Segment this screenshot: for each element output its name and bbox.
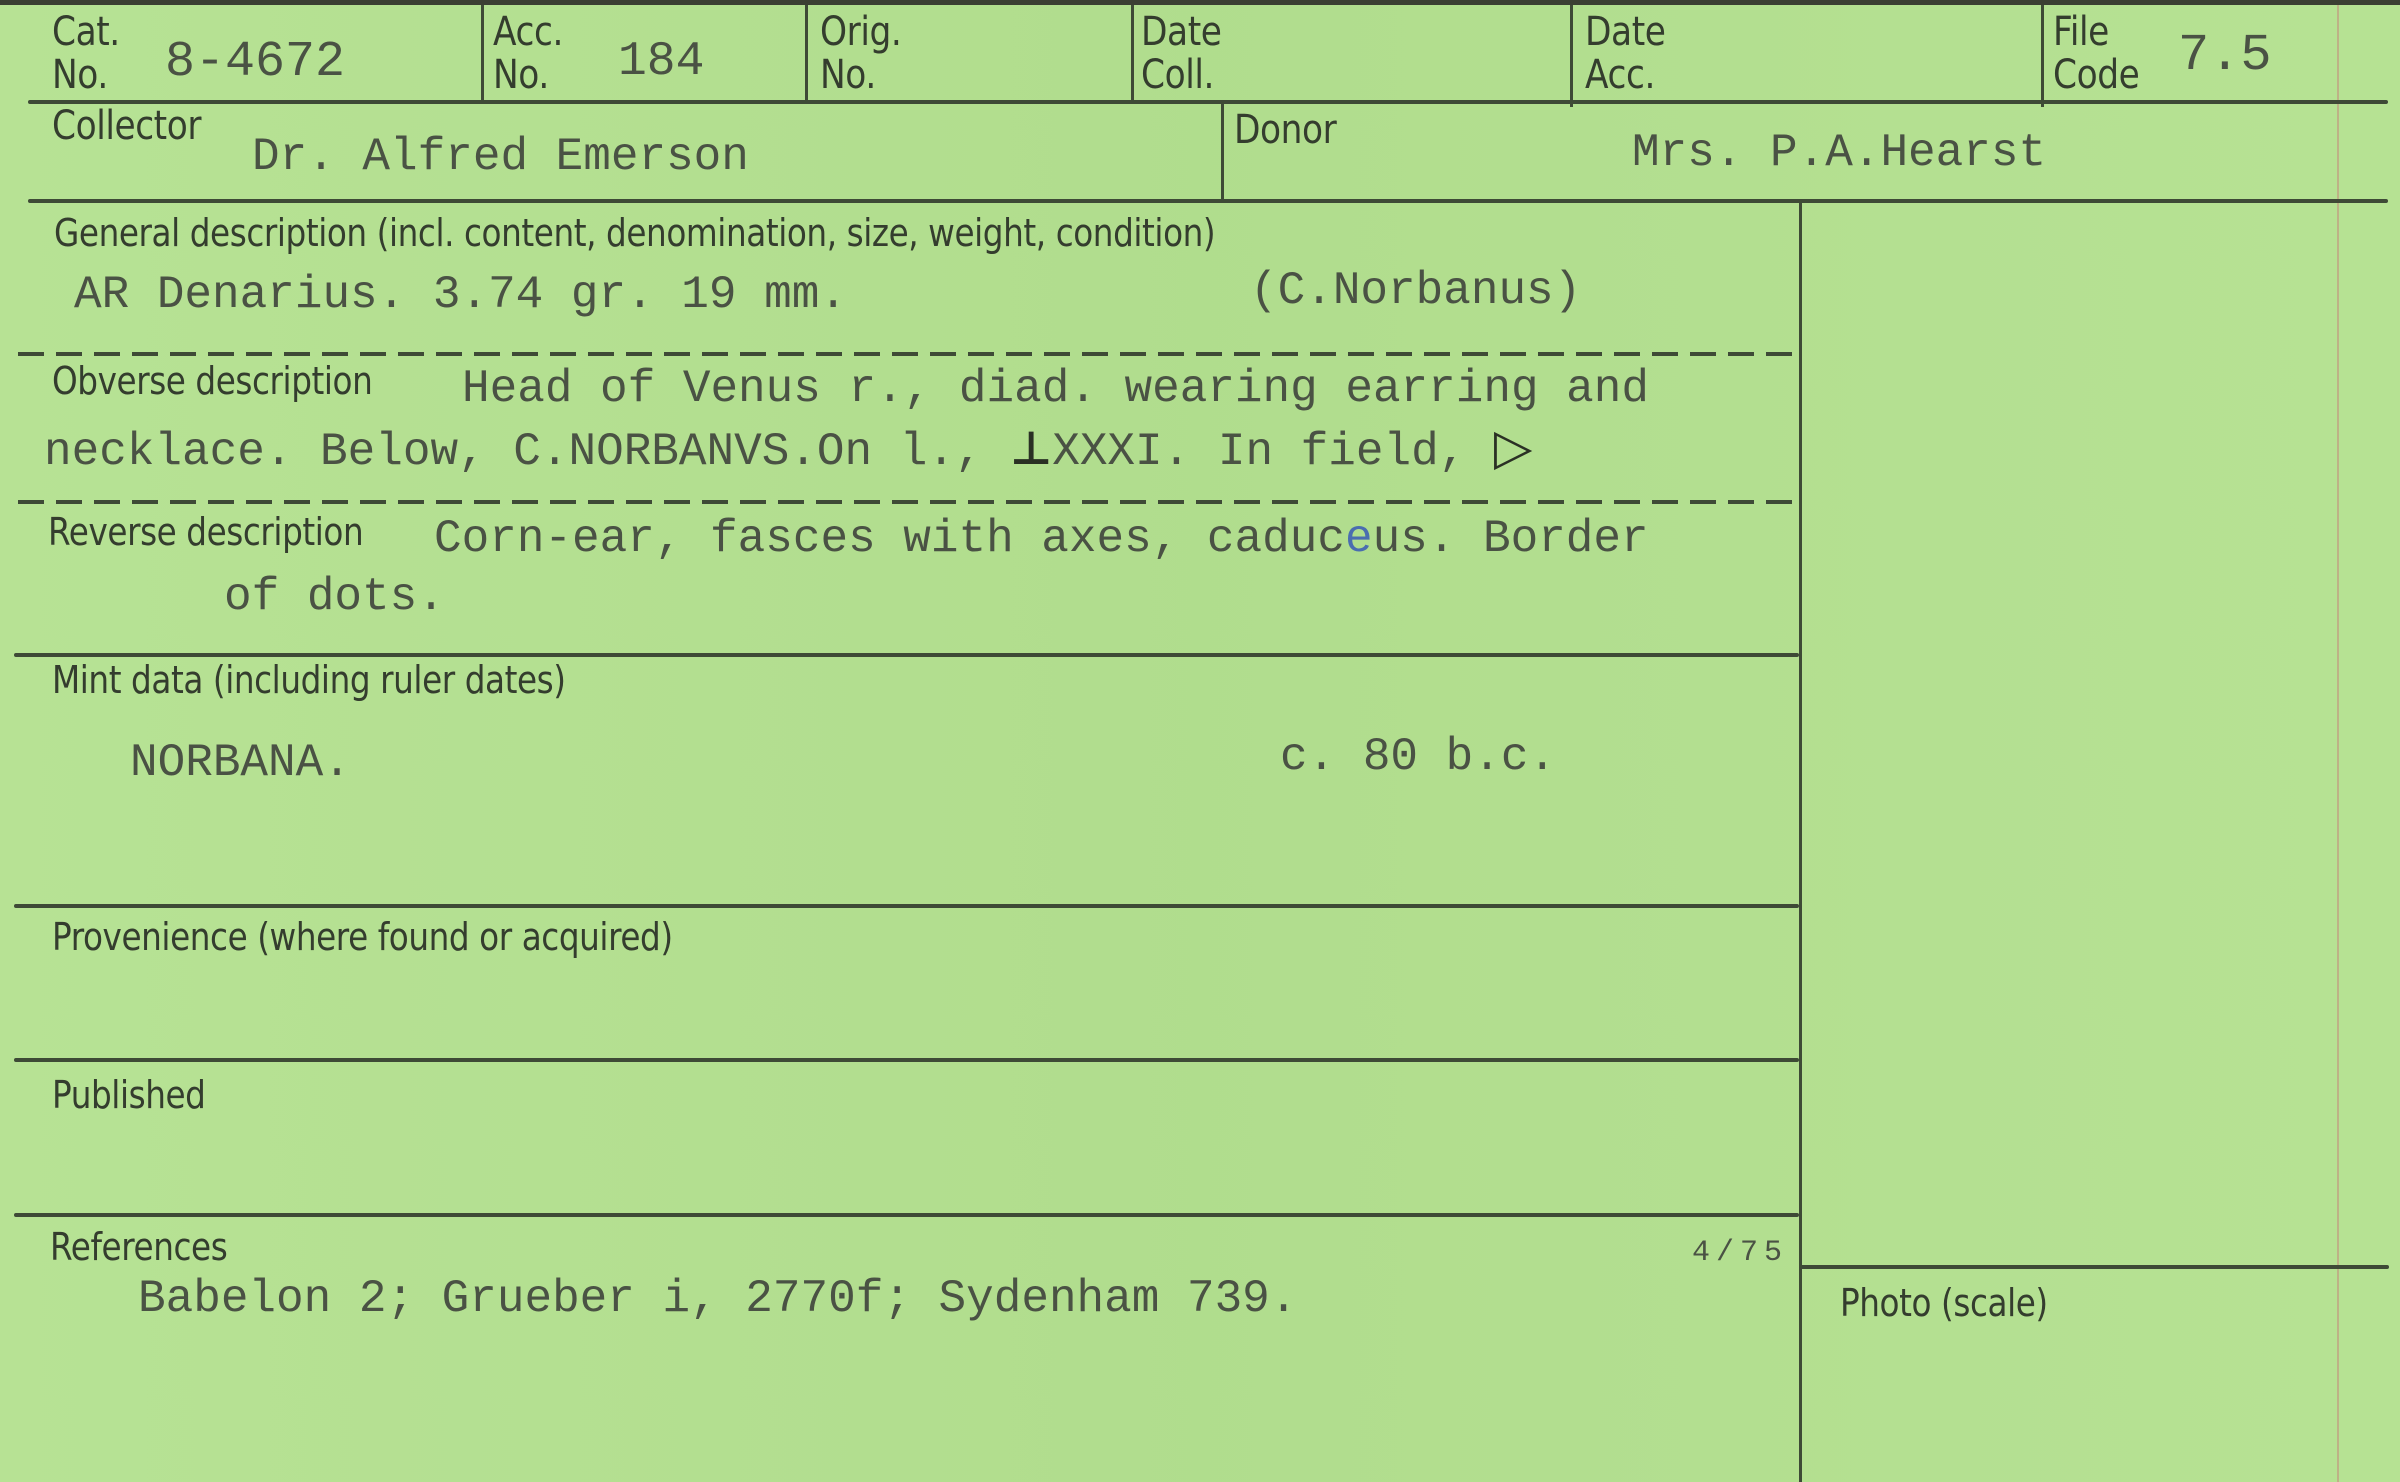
right-column-divider [1799, 203, 1802, 1482]
reverse-text: Corn-ear, fasces with axes, caduc [434, 513, 1345, 565]
donor-value: Mrs. P.A.Hearst [1632, 130, 2046, 176]
divider [805, 5, 808, 103]
date-coll-label: Date [1141, 12, 1222, 52]
reverse-description-line2: of dots. [224, 574, 445, 620]
orig-no-label: No. [820, 55, 876, 95]
reverse-description-line1: Corn-ear, fasces with axes, caduceus. Bo… [434, 516, 1649, 562]
obverse-description-line2: necklace. Below, C.NORBANVS.On l., ⊥XXXI… [44, 422, 1532, 475]
catalog-card: Cat. No. 8-4672 Acc. No. 184 Orig. No. D… [0, 0, 2400, 1482]
section-rule [14, 1058, 1799, 1062]
provenience-label: Provenience (where found or acquired) [52, 918, 673, 956]
general-description-label: General description (incl. content, deno… [54, 214, 1215, 252]
reverse-description-label: Reverse description [48, 513, 363, 551]
photo-rule [1799, 1265, 2389, 1269]
obverse-text: necklace. Below, C.NORBANVS.On l., [44, 426, 1010, 478]
references-value: Babelon 2; Grueber i, 2770f; Sydenham 73… [138, 1276, 1297, 1322]
section-rule [14, 653, 1799, 657]
divider [1570, 5, 1573, 107]
cat-no-value: 8-4672 [165, 38, 345, 88]
acc-no-label: Acc. [493, 12, 563, 52]
collector-value: Dr. Alfred Emerson [252, 134, 749, 180]
section-rule [14, 1213, 1799, 1217]
dashed-rule [18, 352, 1799, 356]
mint-date: c. 80 b.c. [1280, 734, 1556, 780]
dashed-rule [18, 500, 1799, 504]
date-coll-label: Coll. [1141, 55, 1214, 95]
handwritten-correction: e [1345, 513, 1373, 565]
general-description-attribution: (C.Norbanus) [1250, 268, 1581, 314]
collector-label: Collector [52, 106, 201, 146]
collector-rule [28, 199, 2388, 203]
file-code-label: Code [2053, 55, 2139, 95]
header-rule [28, 100, 2388, 104]
obverse-description-line1: Head of Venus r., diad. wearing earring … [462, 366, 1649, 412]
photo-label: Photo (scale) [1840, 1284, 2048, 1322]
references-label: References [50, 1228, 227, 1266]
file-code-label: File [2053, 12, 2109, 52]
divider [481, 5, 484, 103]
references-note: 4/75 [1692, 1238, 1788, 1268]
mint-value: NORBANA. [130, 740, 351, 786]
handwritten-mark: ⊥ [1010, 421, 1052, 475]
acc-no-value: 184 [618, 38, 704, 86]
cat-no-label: No. [52, 55, 108, 95]
date-acc-label: Acc. [1585, 55, 1655, 95]
margin-line [2337, 5, 2339, 1482]
obverse-text: XXXI. In field, [1052, 426, 1494, 478]
card-top-edge [0, 0, 2400, 5]
orig-no-label: Orig. [820, 12, 901, 52]
divider [2041, 5, 2044, 107]
file-code-value: 7.5 [2178, 30, 2272, 82]
date-acc-label: Date [1585, 12, 1666, 52]
acc-no-label: No. [493, 55, 549, 95]
donor-label: Donor [1234, 110, 1336, 150]
mint-data-label: Mint data (including ruler dates) [52, 661, 566, 699]
section-rule [14, 904, 1799, 908]
divider [1131, 5, 1134, 103]
triangle-symbol-icon: ▷ [1494, 418, 1532, 476]
obverse-description-label: Obverse description [52, 362, 372, 400]
cat-no-label: Cat. [52, 12, 120, 52]
general-description-value: AR Denarius. 3.74 gr. 19 mm. [74, 272, 847, 318]
published-label: Published [52, 1076, 205, 1114]
divider [1221, 103, 1224, 203]
reverse-text: us. Border [1373, 513, 1649, 565]
